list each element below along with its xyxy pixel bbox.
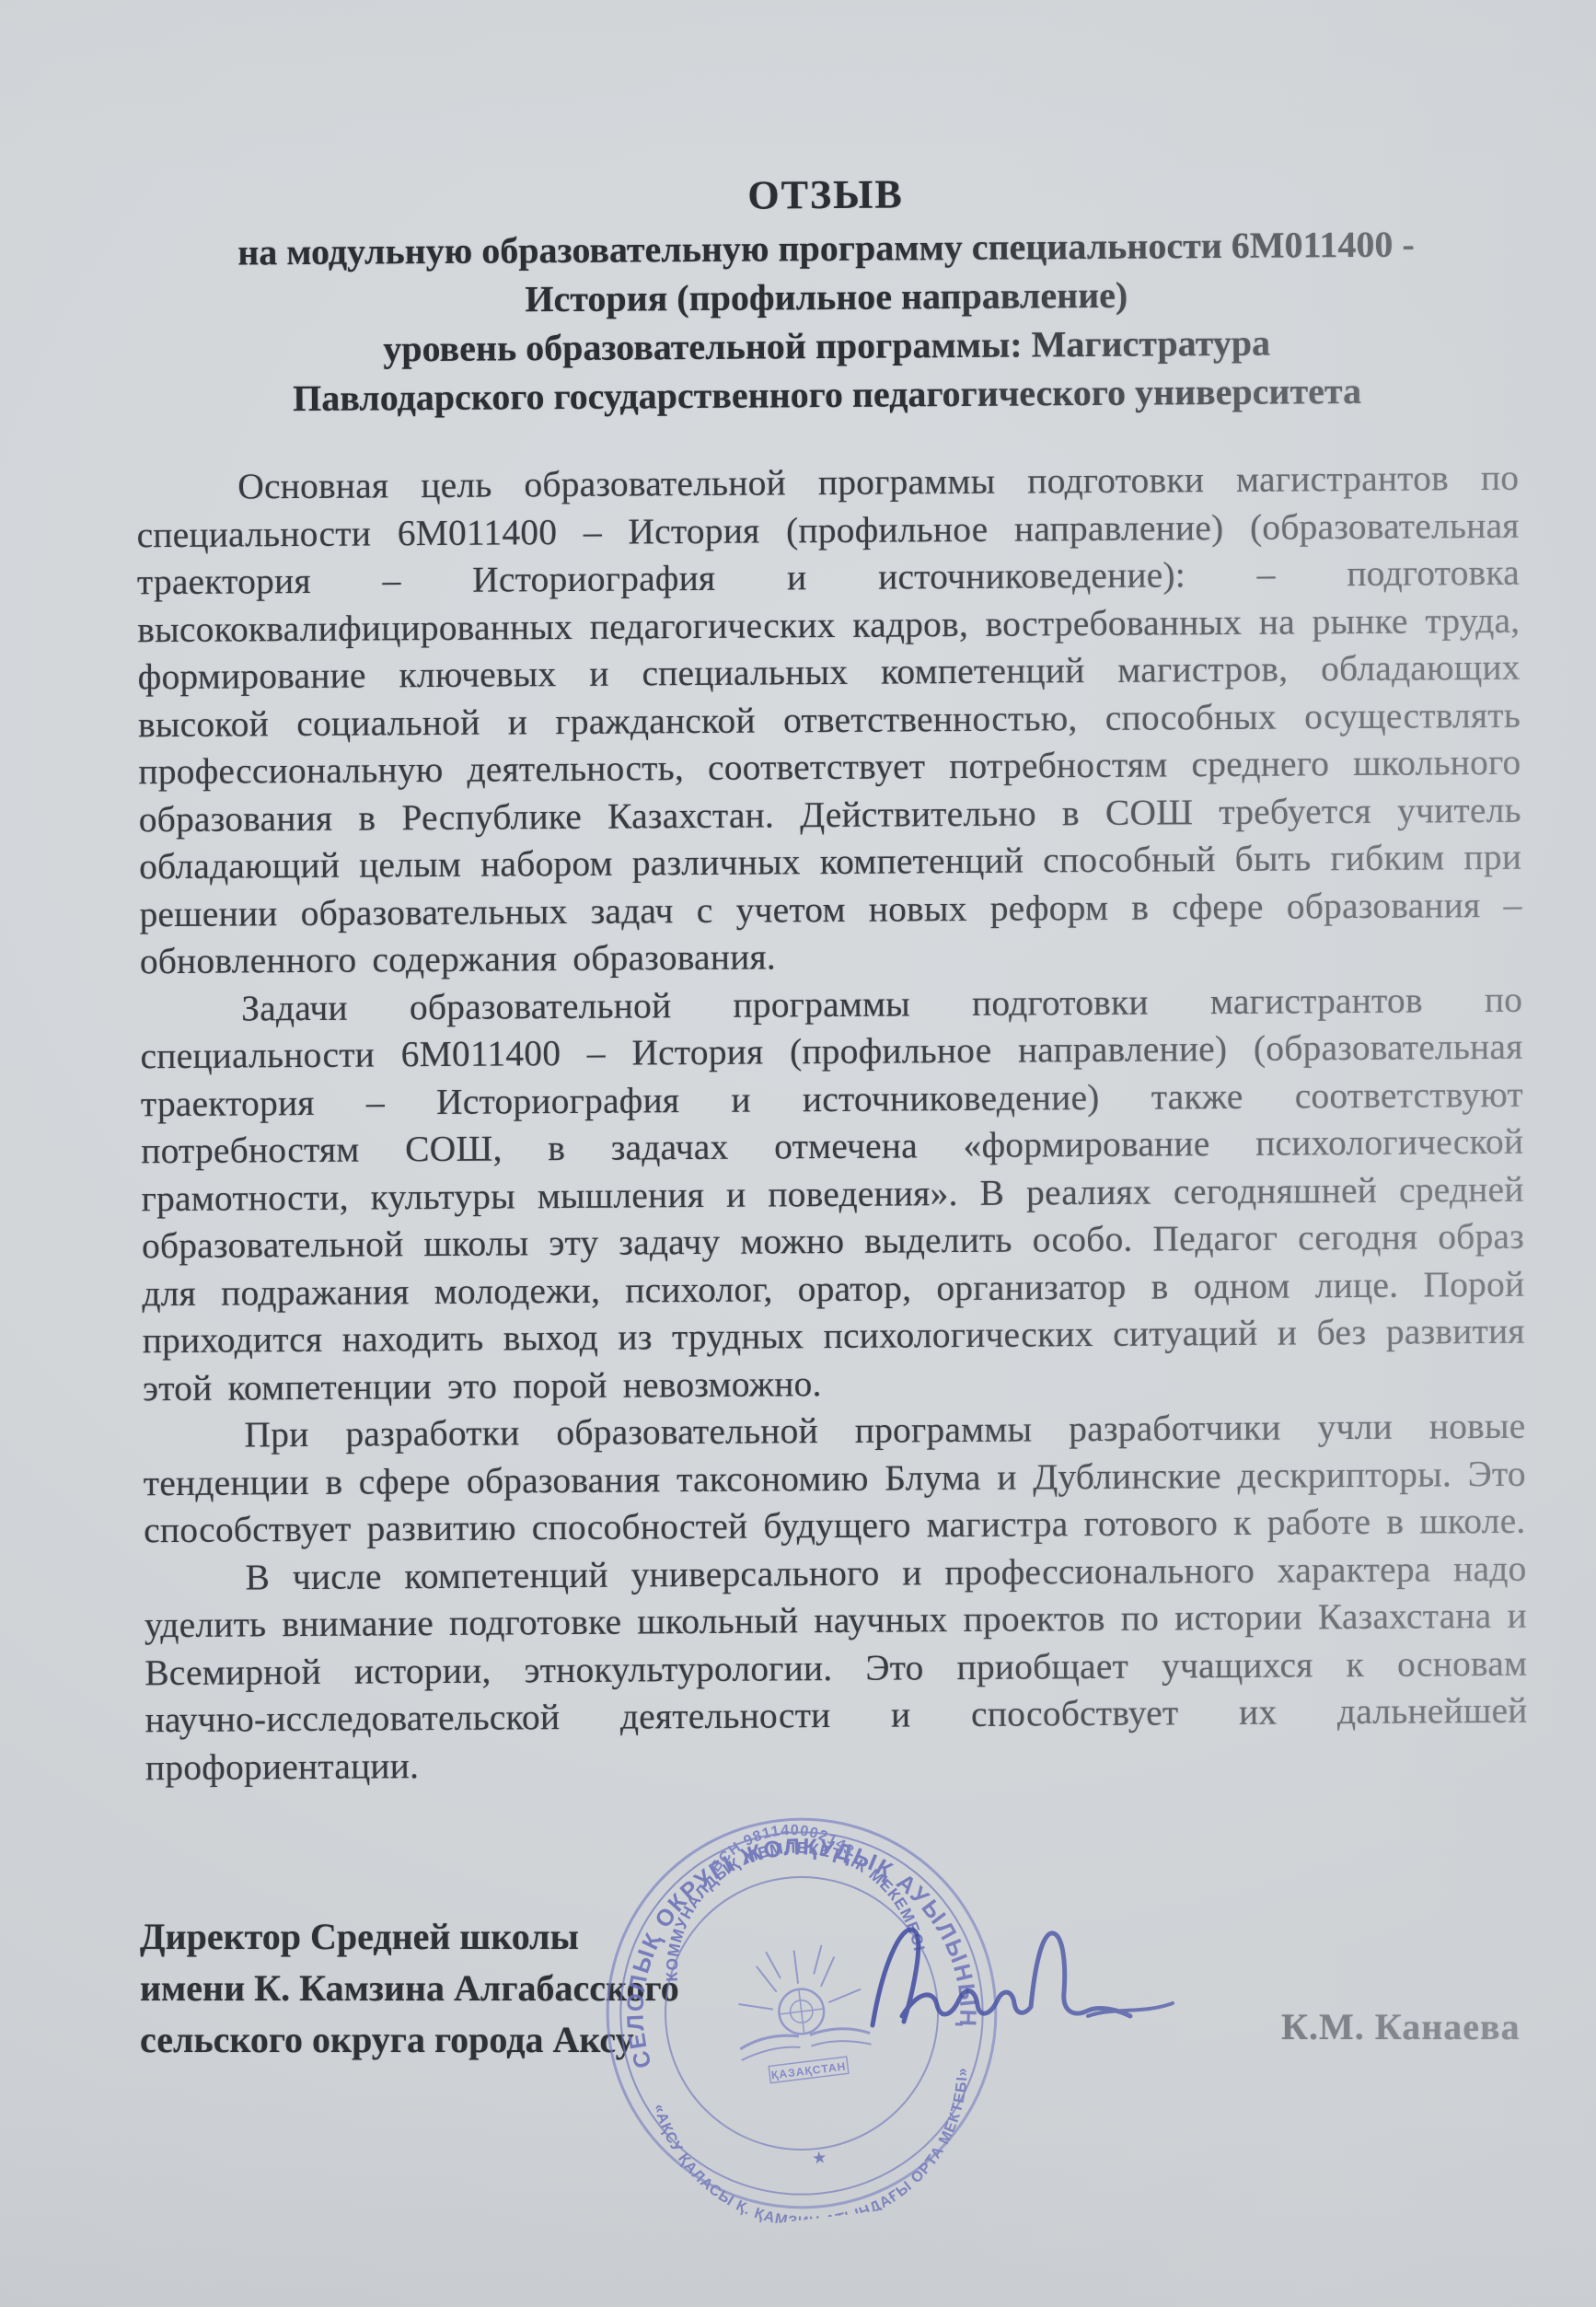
paragraph-methodology: При разработки образовательной программы… — [143, 1403, 1526, 1555]
document-body: ОТЗЫВ на модульную образовательную прогр… — [134, 167, 1528, 1791]
handwritten-signature — [856, 1904, 1197, 2060]
stamp-star-icon: ★ — [811, 2147, 828, 2168]
paragraph-goals: Основная цель образовательной программы … — [136, 455, 1522, 986]
document-title: ОТЗЫВ — [134, 167, 1517, 223]
subtitle-line-1: на модульную образовательную программу с… — [134, 219, 1517, 277]
signatory-name: К.М. Канаева — [1281, 2005, 1521, 2048]
paragraph-competencies: В числе компетенций универсального и про… — [144, 1545, 1528, 1791]
paragraph-tasks: Задачи образовательной программы подгото… — [140, 976, 1525, 1412]
scanned-document-page: ОТЗЫВ на модульную образовательную прогр… — [0, 0, 1596, 2307]
subtitle-line-4: Павлодарского государственного педагогич… — [135, 365, 1518, 423]
document-subtitle: на модульную образовательную программу с… — [134, 219, 1518, 423]
